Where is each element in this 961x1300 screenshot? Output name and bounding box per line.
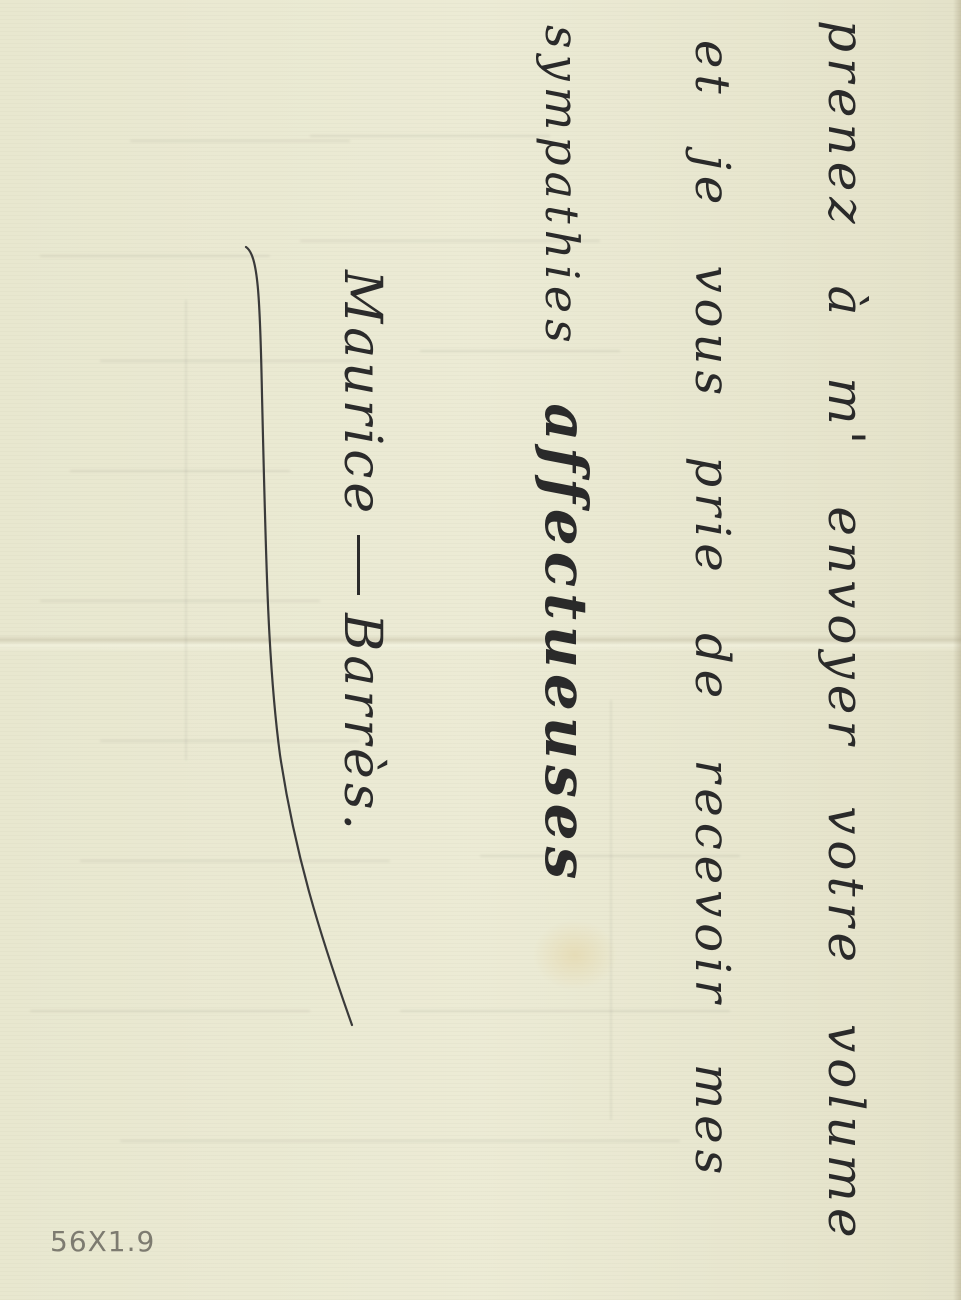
- bleed-through-mark: [185, 300, 187, 760]
- bleed-through-mark: [400, 1010, 730, 1012]
- word: de: [684, 633, 740, 704]
- word: je: [684, 155, 740, 210]
- word: affectueuses: [532, 403, 600, 885]
- letter-line-2: et je vous prie de recevoir mes: [684, 40, 740, 1214]
- bleed-through-mark: [310, 135, 550, 137]
- word: prie: [684, 456, 740, 577]
- catalog-number: 56X1.9: [50, 1225, 155, 1258]
- letter-line-3: sympathies affectueuses: [532, 25, 600, 919]
- word: vous: [684, 266, 740, 402]
- word: m': [817, 377, 875, 450]
- word: et: [684, 40, 740, 100]
- word: envoyer: [817, 506, 875, 750]
- signature-flourish: [240, 235, 370, 1035]
- word: prenez: [817, 20, 875, 230]
- letter-page: prenez à m' envoyer votre volume et je v…: [0, 0, 961, 1300]
- word: sympathies: [535, 25, 589, 349]
- word: à: [817, 286, 875, 322]
- word: recevoir: [684, 759, 740, 1008]
- bleed-through-mark: [120, 1140, 680, 1142]
- bleed-through-mark: [40, 255, 270, 257]
- word: volume: [817, 1024, 875, 1244]
- word: mes: [684, 1064, 740, 1181]
- bleed-through-mark: [130, 140, 350, 142]
- paper-edge-shadow: [953, 0, 961, 1300]
- letter-line-1: prenez à m' envoyer votre volume: [817, 20, 875, 1278]
- bleed-through-mark: [610, 700, 612, 1120]
- word: votre: [817, 806, 875, 968]
